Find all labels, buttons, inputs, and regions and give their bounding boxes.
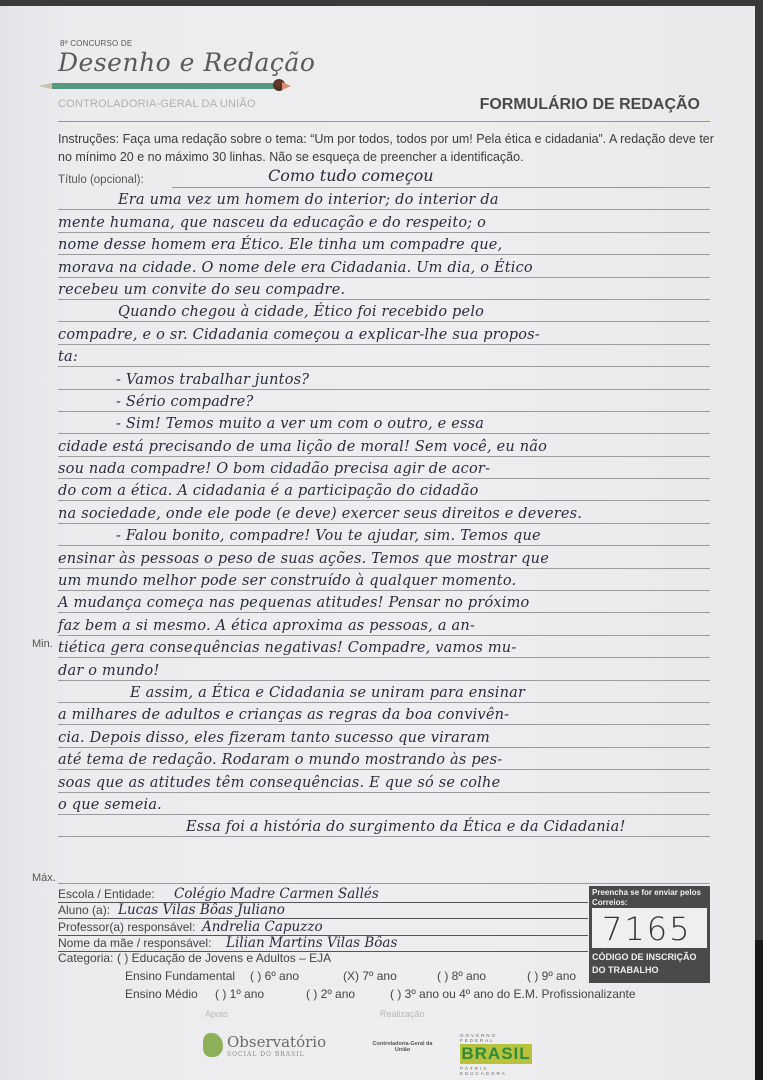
essay-line-text: morava na cidade. O nome dele era Cidada… <box>58 260 533 276</box>
checkbox-3-ano[interactable]: ( ) 3º ano ou 4º ano do E.M. Profissiona… <box>390 987 636 1001</box>
code-value: 7165 <box>602 910 691 948</box>
max-lines-marker: Máx. <box>32 872 56 884</box>
essay-line-text: ensinar às pessoas o peso de suas ações.… <box>58 551 549 567</box>
essay-line[interactable]: ta: <box>58 345 710 367</box>
essay-line[interactable]: até tema de redação. Rodaram o mundo mos… <box>58 748 710 770</box>
essay-lines[interactable]: Era uma vez um homem do interior; do int… <box>58 188 710 837</box>
gov-top-text: GOVERNO FEDERAL <box>460 1033 532 1043</box>
category-label: Categoria: <box>58 951 113 965</box>
essay-line-text: cia. Depois disso, eles fizeram tanto su… <box>58 730 490 746</box>
observatorio-logo: Observatório SOCIAL DO BRASIL <box>203 1033 313 1061</box>
school-value: Colégio Madre Carmen Sallés <box>174 886 379 902</box>
instructions: Instruções: Faça uma redação sobre o tem… <box>58 130 718 166</box>
checkbox-2-ano[interactable]: ( ) 2º ano <box>306 987 355 1001</box>
essay-line[interactable]: morava na cidade. O nome dele era Cidada… <box>58 255 710 277</box>
title-label: Título (opcional): <box>58 174 144 186</box>
essay-line-text: cidade está precisando de uma lição de m… <box>58 439 547 455</box>
essay-line[interactable]: mente humana, que nasceu da educação e d… <box>58 210 710 232</box>
essay-line[interactable]: Quando chegou à cidade, Ético foi recebi… <box>58 300 710 322</box>
essay-line-text: Essa foi a história do surgimento da Éti… <box>186 819 626 835</box>
essay-line-text: Era uma vez um homem do interior; do int… <box>118 192 499 208</box>
student-label: Aluno (a): <box>58 903 110 917</box>
observatorio-title: Observatório <box>227 1033 326 1051</box>
essay-line[interactable]: Era uma vez um homem do interior; do int… <box>58 188 710 210</box>
parent-field[interactable]: Nome da mãe / responsável: Lilian Martin… <box>58 936 588 953</box>
essay-line[interactable]: o que semeia. <box>58 793 710 815</box>
essay-form-sheet: 8º CONCURSO DE Desenho e Redação CONTROL… <box>0 6 755 1080</box>
essay-line[interactable]: nome desse homem era Ético. Ele tinha um… <box>58 233 710 255</box>
essay-line[interactable]: sou nada compadre! O bom cidadão precisa… <box>58 457 710 479</box>
essay-line-text: o que semeia. <box>58 797 162 813</box>
identification-section: Escola / Entidade: Colégio Madre Carmen … <box>58 886 588 952</box>
pencil-icon <box>38 82 286 90</box>
realization-label: Realização <box>380 1009 425 1019</box>
support-label: Apoio <box>205 1009 228 1019</box>
essay-line[interactable]: do com a ética. A cidadania é a particip… <box>58 479 710 501</box>
essay-line-text: até tema de redação. Rodaram o mundo mos… <box>58 752 502 768</box>
essay-line-text: dar o mundo! <box>58 663 159 679</box>
checkbox-9-ano[interactable]: ( ) 9º ano <box>527 969 576 983</box>
essay-line[interactable]: dar o mundo! <box>58 658 710 680</box>
essay-line[interactable]: um mundo melhor pode ser construído à qu… <box>58 569 710 591</box>
gov-bottom-text: PÁTRIA EDUCADORA <box>460 1066 532 1076</box>
observatorio-subtitle: SOCIAL DO BRASIL <box>227 1051 305 1058</box>
contest-edition: 8º CONCURSO DE <box>60 39 132 48</box>
essay-line-text: um mundo melhor pode ser construído à qu… <box>58 573 516 589</box>
essay-line[interactable]: E assim, a Ética e Cidadania se uniram p… <box>58 681 710 703</box>
essay-line[interactable]: tiética gera consequências negativas! Co… <box>58 636 710 658</box>
title-value: Como tudo começou <box>268 166 434 185</box>
registration-code-box: Preencha se for enviar pelos Correios: 7… <box>589 886 710 983</box>
scan-edge <box>755 940 763 1080</box>
essay-line-text: na sociedade, onde ele pode (e deve) exe… <box>58 506 582 522</box>
essay-line[interactable]: cia. Depois disso, eles fizeram tanto su… <box>58 725 710 747</box>
student-value: Lucas Vilas Bôas Juliano <box>118 902 285 918</box>
code-instructions: Preencha se for enviar pelos Correios: <box>592 888 708 908</box>
school-label: Escola / Entidade: <box>58 887 155 901</box>
medio-label: Ensino Médio <box>125 987 198 1001</box>
essay-line[interactable]: a milhares de adultos e crianças as regr… <box>58 703 710 725</box>
essay-line-text: Quando chegou à cidade, Ético foi recebi… <box>118 304 484 320</box>
essay-line[interactable]: Essa foi a história do surgimento da Éti… <box>58 815 710 837</box>
code-input[interactable]: 7165 <box>592 908 707 948</box>
essay-line-text: - Sério compadre? <box>116 394 253 410</box>
form-title: FORMULÁRIO DE REDAÇÃO <box>480 96 700 114</box>
teacher-label: Professor(a) responsável: <box>58 920 195 934</box>
cgu-logo: Controladoria-Geral da União <box>370 1041 435 1053</box>
code-label: CÓDIGO DE INSCRIÇÃO DO TRABALHO <box>592 951 710 977</box>
parent-label: Nome da mãe / responsável: <box>58 936 211 950</box>
checkbox-6-ano[interactable]: ( ) 6º ano <box>250 969 299 983</box>
student-field[interactable]: Aluno (a): Lucas Vilas Bôas Juliano <box>58 903 588 920</box>
governo-federal-logo: GOVERNO FEDERAL BRASIL PÁTRIA EDUCADORA <box>460 1033 532 1069</box>
essay-line-text: soas que as atitudes têm consequências. … <box>58 775 500 791</box>
essay-line-text: ta: <box>58 349 78 365</box>
essay-line-text: compadre, e o sr. Cidadania começou a ex… <box>58 327 540 343</box>
essay-line-text: a milhares de adultos e crianças as regr… <box>58 707 509 723</box>
school-field[interactable]: Escola / Entidade: Colégio Madre Carmen … <box>58 886 588 903</box>
essay-line[interactable]: cidade está precisando de uma lição de m… <box>58 434 710 456</box>
header-divider <box>58 121 710 122</box>
essay-line[interactable]: - Sim! Temos muito a ver um com o outro,… <box>58 412 710 434</box>
essay-line-text: - Sim! Temos muito a ver um com o outro,… <box>116 416 484 432</box>
min-lines-marker: Min. <box>32 638 53 650</box>
essay-line[interactable]: - Falou bonito, compadre! Vou te ajudar,… <box>58 524 710 546</box>
essay-line-text: tiética gera consequências negativas! Co… <box>58 640 516 656</box>
essay-line[interactable]: ensinar às pessoas o peso de suas ações.… <box>58 546 710 568</box>
essay-line[interactable]: soas que as atitudes têm consequências. … <box>58 770 710 792</box>
essay-line[interactable]: A mudança começa nas pequenas atitudes! … <box>58 591 710 613</box>
parent-value: Lilian Martins Vilas Bôas <box>226 935 397 951</box>
essay-line-text: sou nada compadre! O bom cidadão precisa… <box>58 461 490 477</box>
organizer-name: CONTROLADORIA-GERAL DA UNIÃO <box>58 98 256 110</box>
brazil-map-icon <box>203 1033 223 1057</box>
essay-line-text: E assim, a Ética e Cidadania se uniram p… <box>130 685 525 701</box>
teacher-field[interactable]: Professor(a) responsável: Andrelia Capuz… <box>58 919 588 936</box>
essay-line-text: A mudança começa nas pequenas atitudes! … <box>58 595 529 611</box>
fundamental-label: Ensino Fundamental <box>125 969 235 983</box>
brasil-word: BRASIL <box>460 1044 532 1064</box>
checkbox-7-ano[interactable]: (X) 7º ano <box>343 969 397 983</box>
essay-line-text: - Vamos trabalhar juntos? <box>116 372 309 388</box>
essay-line-text: nome desse homem era Ético. Ele tinha um… <box>58 237 502 253</box>
essay-line-text: recebeu um convite do seu compadre. <box>58 282 345 298</box>
essay-line-text: - Falou bonito, compadre! Vou te ajudar,… <box>116 528 541 544</box>
essay-line-text: mente humana, que nasceu da educação e d… <box>58 215 486 231</box>
eja-checkbox[interactable]: ( ) Educação de Jovens e Adultos – EJA <box>117 951 331 965</box>
essay-line[interactable]: recebeu um convite do seu compadre. <box>58 278 710 300</box>
essay-line-text: do com a ética. A cidadania é a particip… <box>58 483 479 499</box>
checkbox-8-ano[interactable]: ( ) 8º ano <box>437 969 486 983</box>
checkbox-1-ano[interactable]: ( ) 1º ano <box>215 987 264 1001</box>
essay-line[interactable]: na sociedade, onde ele pode (e deve) exe… <box>58 501 710 523</box>
essay-line[interactable]: compadre, e o sr. Cidadania começou a ex… <box>58 322 710 344</box>
essay-line-text: faz bem a si mesmo. A ética aproxima as … <box>58 618 475 634</box>
max-line <box>58 883 710 884</box>
essay-line[interactable]: - Vamos trabalhar juntos? <box>58 367 710 389</box>
essay-line[interactable]: - Sério compadre? <box>58 390 710 412</box>
essay-line[interactable]: faz bem a si mesmo. A ética aproxima as … <box>58 613 710 635</box>
contest-logo-title: Desenho e Redação <box>58 48 315 77</box>
teacher-value: Andrelia Capuzzo <box>202 919 323 935</box>
